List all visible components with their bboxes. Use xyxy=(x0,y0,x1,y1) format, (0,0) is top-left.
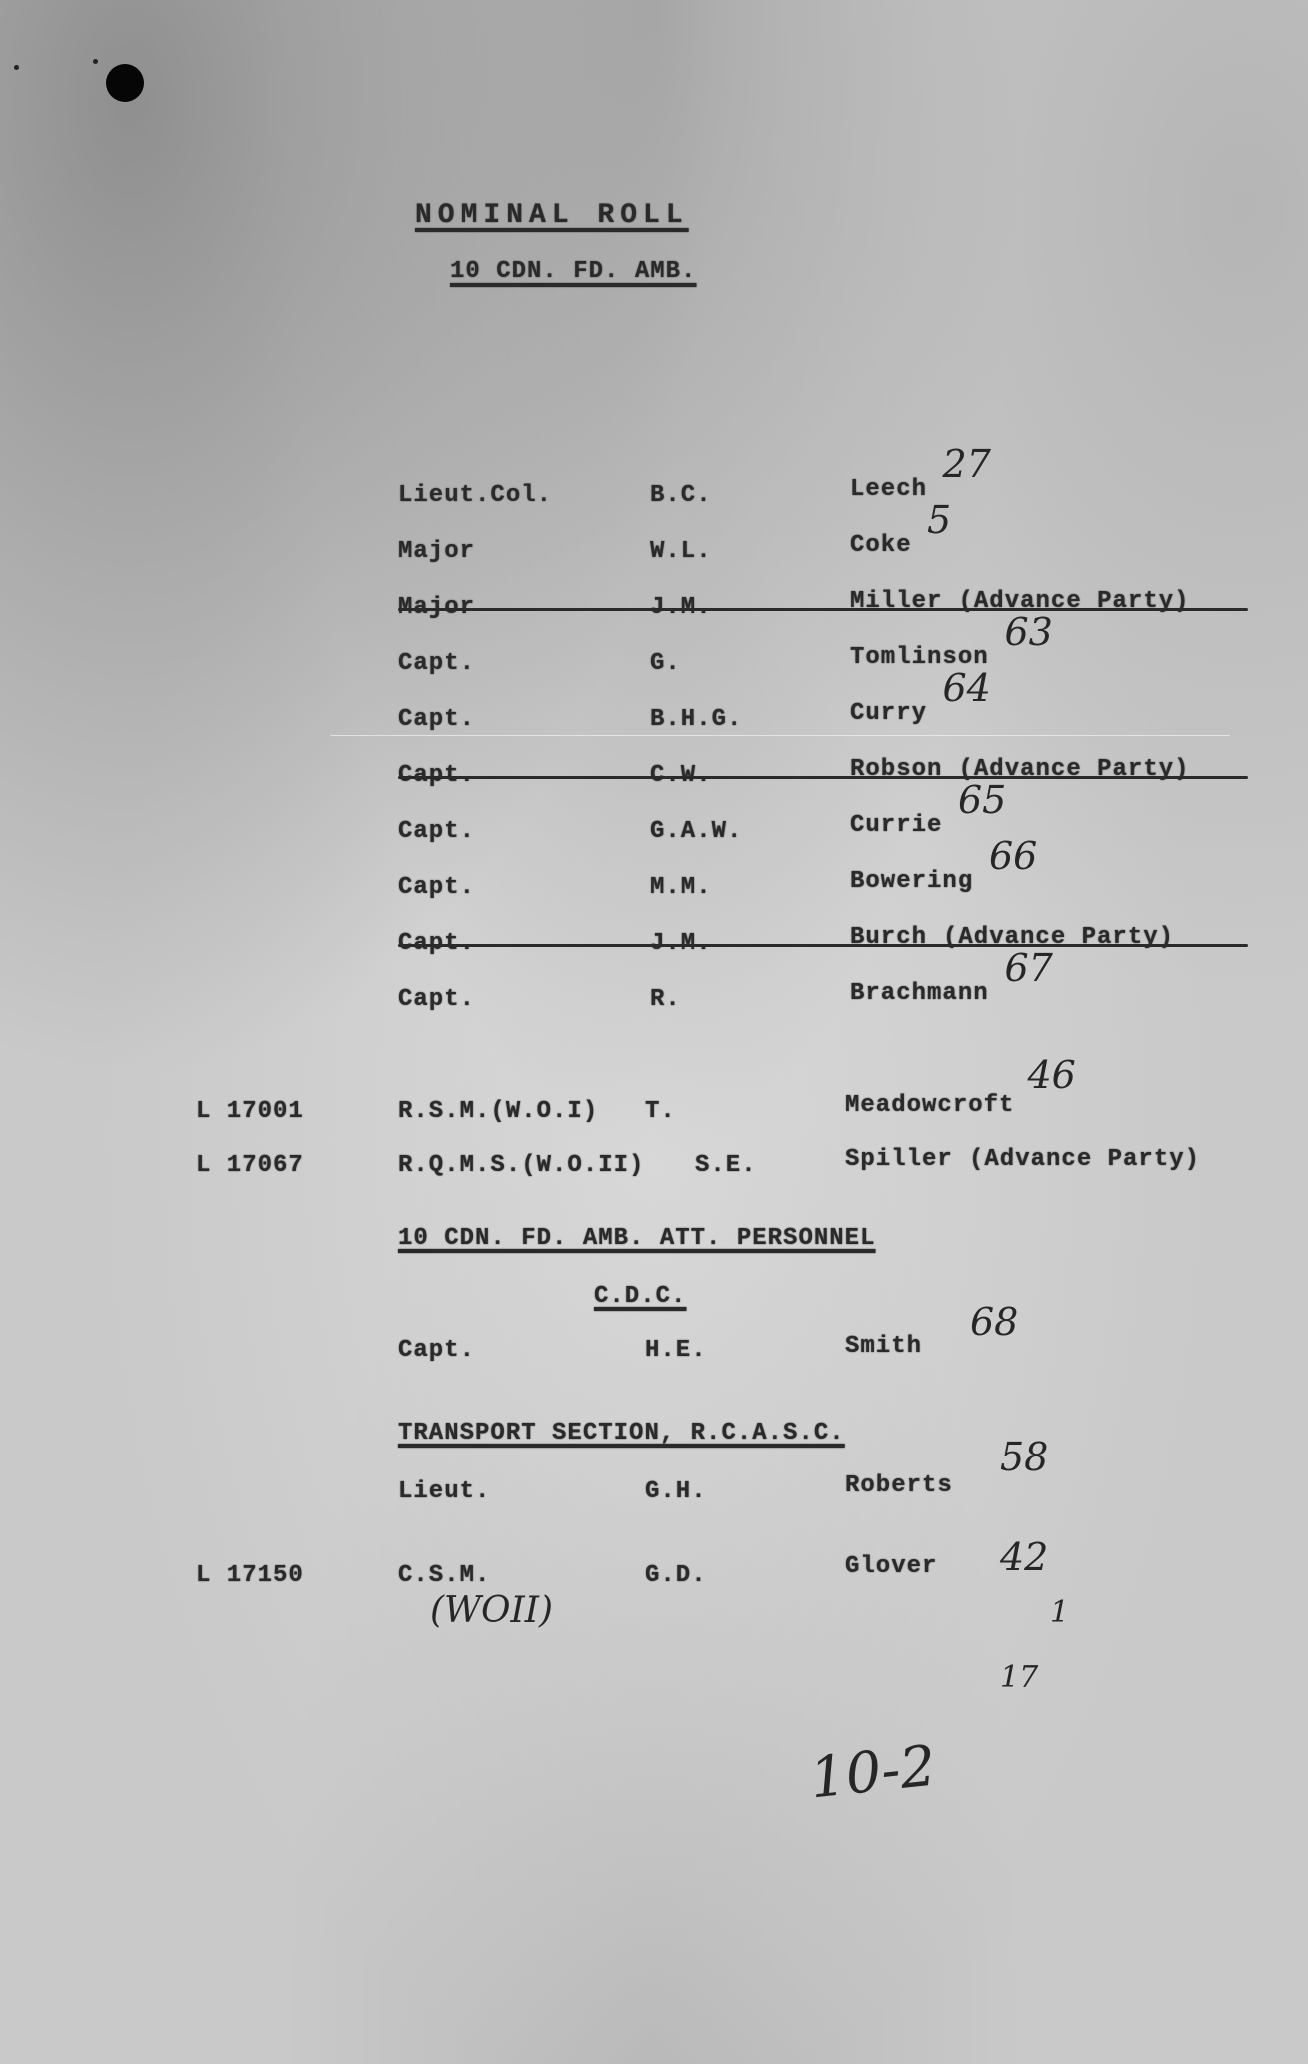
strikethrough-line xyxy=(398,944,1248,947)
speck xyxy=(93,59,98,64)
handwritten-number: 46 xyxy=(1028,1053,1076,1097)
officer-initials: B.C. xyxy=(650,482,712,509)
transport-initials: G.H. xyxy=(645,1478,707,1505)
service-number: L 17067 xyxy=(196,1152,304,1179)
cdc-rank: Capt. xyxy=(398,1337,475,1364)
paper-fold-line xyxy=(330,735,1230,736)
handwritten-total: 10-2 xyxy=(807,1734,939,1812)
transport-surname: Glover xyxy=(845,1553,937,1580)
officer-initials: M.M. xyxy=(650,874,712,901)
officer-rank: Capt. xyxy=(398,986,475,1013)
cdc-heading: C.D.C. xyxy=(594,1283,686,1310)
handwritten-number: 63 xyxy=(1005,610,1053,654)
officer-rank: Capt. xyxy=(398,706,475,733)
transport-initials: G.D. xyxy=(645,1562,707,1589)
unit-subtitle: 10 CDN. FD. AMB. xyxy=(450,258,696,285)
handwritten-tick: 1 xyxy=(1050,1595,1069,1630)
officer-rank: Capt. xyxy=(398,650,475,677)
transport-section-heading: TRANSPORT SECTION, R.C.A.S.C. xyxy=(398,1420,845,1447)
cdc-surname: Smith xyxy=(845,1333,922,1360)
officer-rank: Lieut.Col. xyxy=(398,482,552,509)
wo-rank: R.S.M.(W.O.I) xyxy=(398,1098,598,1125)
handwritten-number: 65 xyxy=(958,778,1006,822)
transport-rank: C.S.M. xyxy=(398,1562,490,1589)
handwritten-number: 64 xyxy=(943,666,991,710)
officer-surname: Currie xyxy=(850,812,942,839)
service-number: L 17001 xyxy=(196,1098,304,1125)
officer-surname: Brachmann xyxy=(850,980,989,1007)
wo-initials: S.E. xyxy=(695,1152,757,1179)
officer-rank: Capt. xyxy=(398,818,475,845)
officer-surname: Bowering xyxy=(850,868,973,895)
officer-initials: G.A.W. xyxy=(650,818,742,845)
officer-rank: Capt. xyxy=(398,874,475,901)
speck xyxy=(14,65,19,70)
officer-initials: R. xyxy=(650,986,681,1013)
wo-surname: Meadowcroft xyxy=(845,1092,1014,1119)
transport-rank: Lieut. xyxy=(398,1478,490,1505)
handwritten-number: 67 xyxy=(1005,946,1053,990)
officer-surname: Leech xyxy=(850,476,927,503)
officer-initials: B.H.G. xyxy=(650,706,742,733)
document-title: NOMINAL ROLL xyxy=(415,200,689,231)
wo-note: (Advance Party) xyxy=(969,1146,1200,1173)
handwritten-number: 5 xyxy=(927,498,951,542)
strikethrough-line xyxy=(398,776,1248,779)
officer-surname: Curry xyxy=(850,700,927,727)
attached-personnel-heading: 10 CDN. FD. AMB. ATT. PERSONNEL xyxy=(398,1225,875,1252)
service-number: L 17150 xyxy=(196,1562,304,1589)
officer-initials: G. xyxy=(650,650,681,677)
handwritten-number: 66 xyxy=(989,834,1037,878)
officer-initials: W.L. xyxy=(650,538,712,565)
handwritten-number: 68 xyxy=(970,1300,1018,1344)
handwritten-rank-note: (WOII) xyxy=(430,1590,553,1631)
transport-surname: Roberts xyxy=(845,1472,953,1499)
wo-surname: Spiller xyxy=(845,1146,953,1173)
punch-hole xyxy=(106,64,144,102)
handwritten-number: 27 xyxy=(943,442,991,486)
handwritten-number: 42 xyxy=(1000,1535,1048,1579)
cdc-initials: H.E. xyxy=(645,1337,707,1364)
wo-initials: T. xyxy=(645,1098,676,1125)
wo-rank: R.Q.M.S.(W.O.II) xyxy=(398,1152,644,1179)
handwritten-number: 58 xyxy=(1000,1435,1048,1479)
handwritten-superscript: 17 xyxy=(1000,1660,1038,1695)
officer-surname: Coke xyxy=(850,532,912,559)
officer-rank: Major xyxy=(398,538,475,565)
strikethrough-line xyxy=(398,608,1248,611)
